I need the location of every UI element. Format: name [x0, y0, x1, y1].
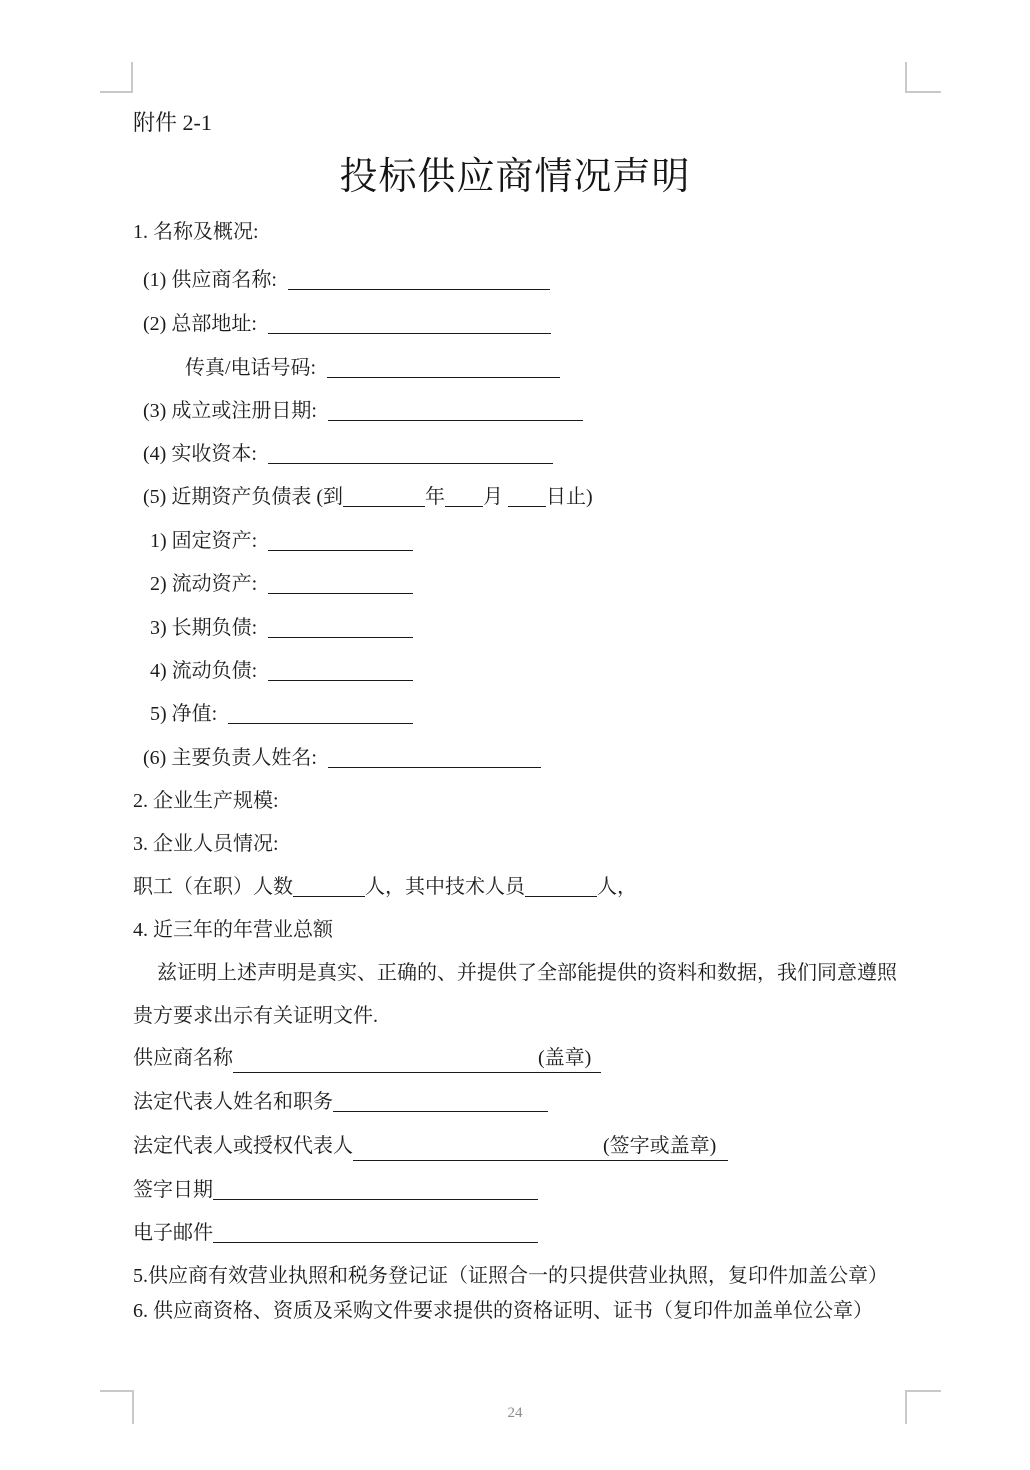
establish-date-blank: [328, 419, 583, 421]
net-worth-row: 5) 净值:: [150, 701, 413, 727]
attachment-label: 附件 2-1: [133, 110, 212, 136]
paid-capital-row: (4) 实收资本:: [143, 441, 553, 467]
section2-heading: 2. 企业生产规模:: [133, 788, 279, 814]
sign-date-blank: [213, 1198, 538, 1200]
declaration-line1: 兹证明上述声明是真实、正确的、并提供了全部能提供的资料和数据，我们同意遵照: [157, 960, 897, 986]
section1-heading: 1. 名称及概况:: [133, 219, 259, 245]
sign-date-label: 签字日期: [133, 1179, 213, 1201]
current-liabilities-blank: [268, 679, 413, 681]
page-number: 24: [0, 1405, 1030, 1422]
current-assets-blank: [268, 592, 413, 594]
principal-name-row: (6) 主要负责人姓名:: [143, 745, 541, 771]
balance-sheet-row: (5) 近期资产负债表 (到年月 日止): [143, 484, 593, 510]
legal-rep-label: 法定代表人姓名和职务: [133, 1091, 333, 1113]
long-term-liabilities-label: 3) 长期负债:: [150, 617, 257, 639]
supplier-name-blank: [288, 288, 550, 290]
fixed-assets-label: 1) 固定资产:: [150, 530, 257, 552]
balance-sheet-day-blank: [508, 505, 546, 507]
current-assets-row: 2) 流动资产:: [150, 571, 413, 597]
document-page: 附件 2-1 投标供应商情况声明 1. 名称及概况: (1) 供应商名称: (2…: [0, 0, 1030, 1470]
paid-capital-blank: [268, 462, 553, 464]
net-worth-label: 5) 净值:: [150, 703, 217, 725]
declaration-line2: 贵方要求出示有关证明文件.: [133, 1003, 378, 1029]
long-term-liabilities-blank: [268, 636, 413, 638]
fax-phone-blank: [327, 376, 560, 378]
principal-name-blank: [328, 766, 541, 768]
fixed-assets-blank: [268, 549, 413, 551]
auth-rep-label: 法定代表人或授权代表人: [133, 1135, 353, 1157]
supplier-sign-label: 供应商名称: [133, 1047, 233, 1069]
hq-address-row: (2) 总部地址:: [143, 311, 551, 337]
establish-date-row: (3) 成立或注册日期:: [143, 398, 583, 424]
staff-count-unit2: 人，: [597, 876, 637, 898]
text-boundary-mark-top-left: [100, 62, 133, 93]
net-worth-blank: [228, 722, 413, 724]
balance-sheet-suffix: 日止): [546, 486, 593, 508]
staff-total-blank: [293, 895, 365, 897]
fax-phone-label: 传真/电话号码:: [185, 357, 316, 379]
section4-heading: 4. 近三年的年营业总额: [133, 917, 333, 943]
current-assets-label: 2) 流动资产:: [150, 573, 257, 595]
note5-line: 5.供应商有效营业执照和税务登记证（证照合一的只提供营业执照，复印件加盖公章）: [133, 1263, 888, 1289]
legal-rep-row: 法定代表人姓名和职务: [133, 1089, 548, 1115]
balance-sheet-month-label: 月: [483, 486, 503, 508]
email-label: 电子邮件: [133, 1222, 213, 1244]
staff-count-prefix: 职工（在职）人数: [133, 876, 293, 898]
fixed-assets-row: 1) 固定资产:: [150, 528, 413, 554]
sign-date-row: 签字日期: [133, 1177, 538, 1203]
text-boundary-mark-top-right: [905, 62, 941, 93]
section3-heading: 3. 企业人员情况:: [133, 831, 279, 857]
staff-technical-blank: [525, 895, 597, 897]
current-liabilities-label: 4) 流动负债:: [150, 660, 257, 682]
email-row: 电子邮件: [133, 1220, 538, 1246]
hq-address-label: (2) 总部地址:: [143, 313, 257, 335]
long-term-liabilities-row: 3) 长期负债:: [150, 615, 413, 641]
staff-count-unit1: 人，其中技术人员: [365, 876, 525, 898]
supplier-name-label: (1) 供应商名称:: [143, 269, 277, 291]
note6-line: 6. 供应商资格、资质及采购文件要求提供的资格证明、证书（复印件加盖单位公章）: [133, 1298, 873, 1324]
principal-name-label: (6) 主要负责人姓名:: [143, 747, 317, 769]
auth-rep-underline: (签字或盖章): [353, 1133, 728, 1161]
fax-phone-row: 传真/电话号码:: [185, 355, 560, 381]
supplier-name-row: (1) 供应商名称:: [143, 267, 550, 293]
legal-rep-blank: [333, 1110, 548, 1112]
sign-seal-label: (签字或盖章): [603, 1135, 716, 1157]
supplier-sign-underline: (盖章): [233, 1045, 601, 1073]
seal-label: (盖章): [538, 1047, 591, 1069]
staff-count-row: 职工（在职）人数人，其中技术人员人，: [133, 874, 637, 900]
balance-sheet-year-blank: [343, 505, 425, 507]
supplier-sign-row: 供应商名称(盖章): [133, 1045, 601, 1073]
hq-address-blank: [268, 332, 551, 334]
auth-rep-row: 法定代表人或授权代表人(签字或盖章): [133, 1133, 728, 1161]
document-title: 投标供应商情况声明: [0, 155, 1030, 199]
balance-sheet-year-label: 年: [425, 486, 445, 508]
email-blank: [213, 1241, 538, 1243]
balance-sheet-month-blank: [445, 505, 483, 507]
current-liabilities-row: 4) 流动负债:: [150, 658, 413, 684]
paid-capital-label: (4) 实收资本:: [143, 443, 257, 465]
establish-date-label: (3) 成立或注册日期:: [143, 400, 317, 422]
balance-sheet-prefix: (5) 近期资产负债表 (到: [143, 486, 343, 508]
